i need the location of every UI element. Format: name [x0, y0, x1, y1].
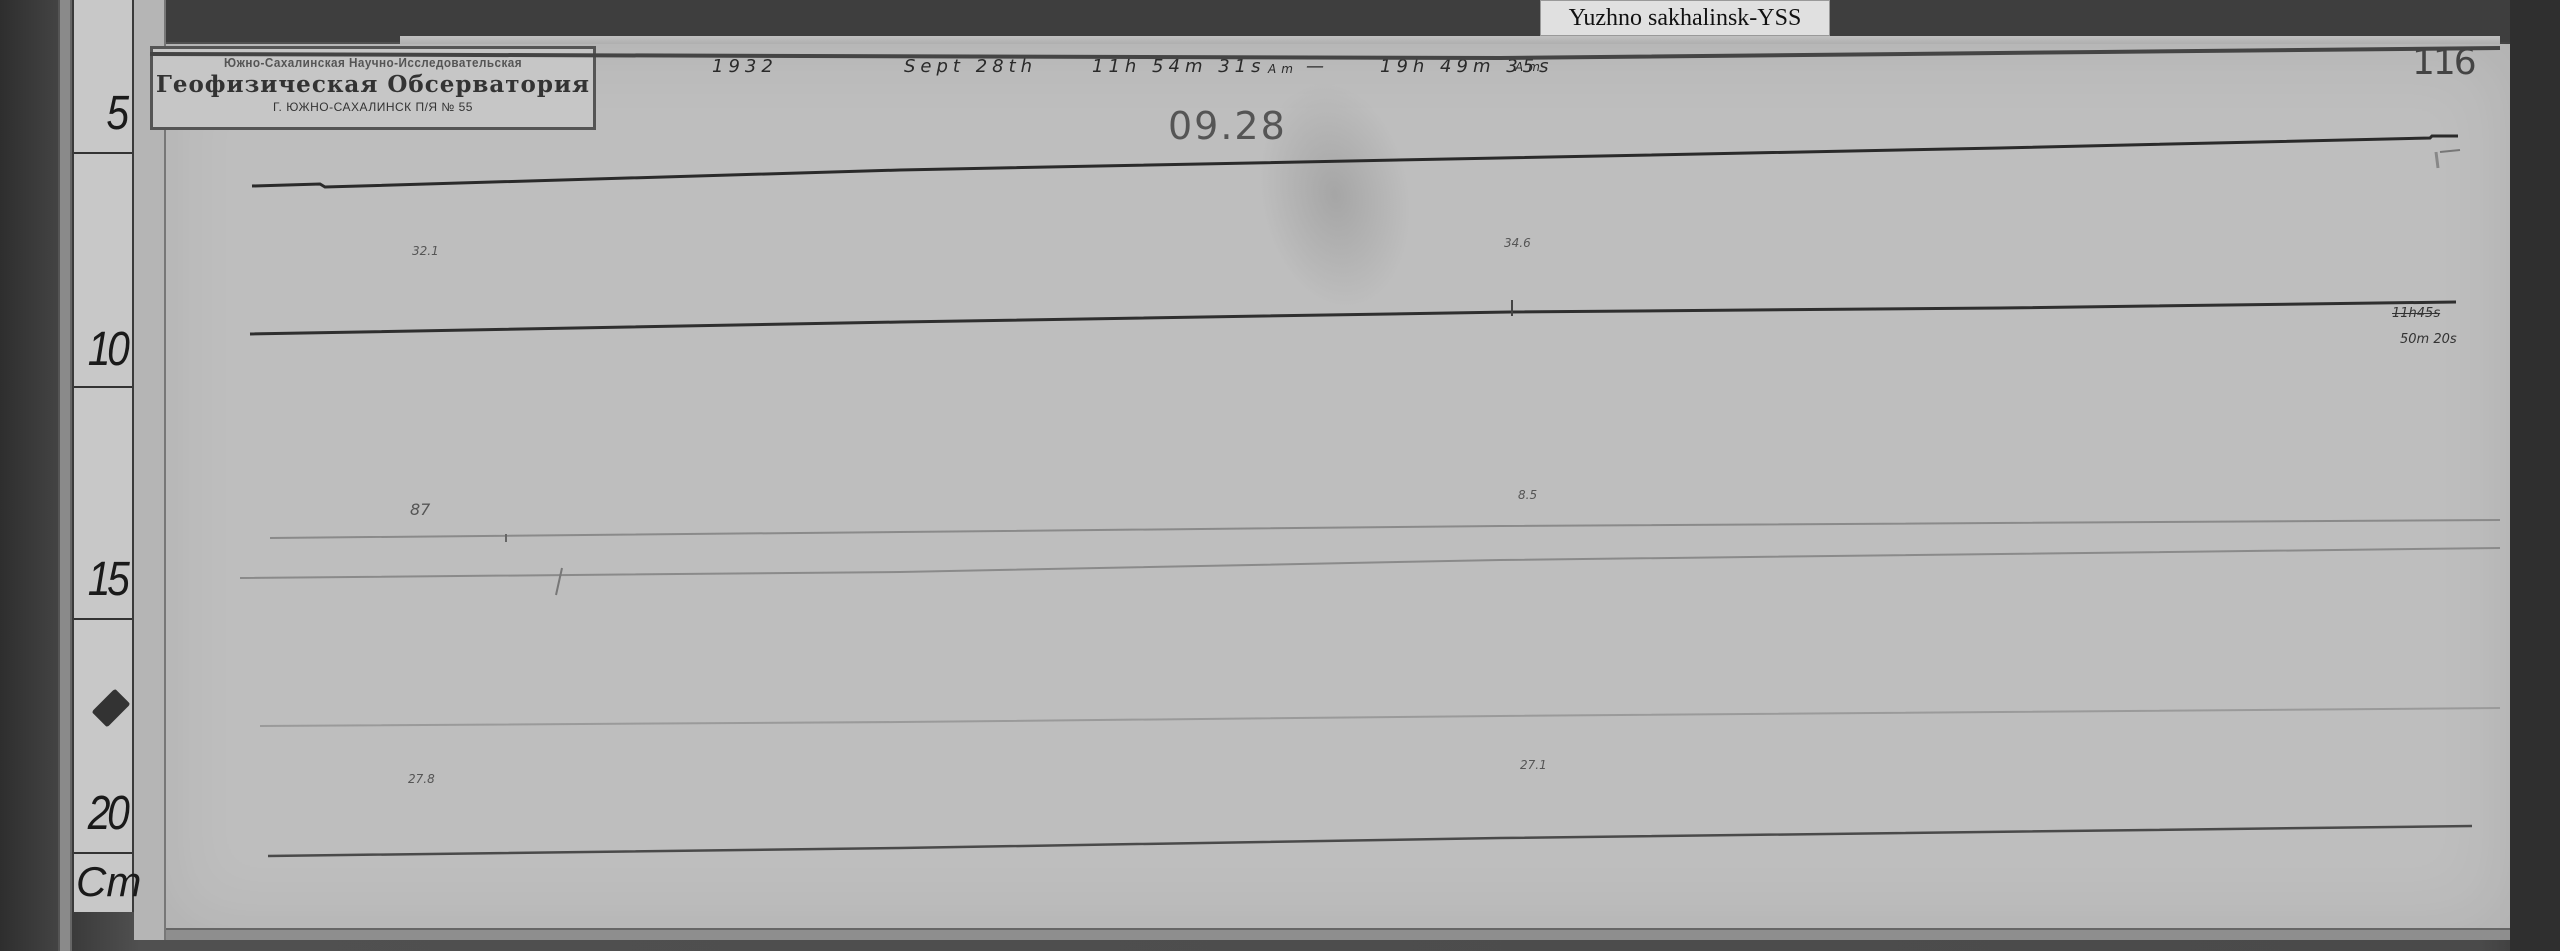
- trace-line-5: [268, 826, 2472, 856]
- trace-line-4: [260, 708, 2500, 726]
- paper-top-edge: [150, 48, 2500, 58]
- time-mark: [2440, 150, 2460, 152]
- trace-line-1: [252, 136, 2458, 187]
- time-mark: [2436, 152, 2438, 168]
- trace-line-3a: [270, 520, 2500, 538]
- trace-line-2: [250, 302, 2456, 334]
- time-mark: [556, 568, 562, 595]
- trace-line-3b: [240, 548, 2500, 578]
- seismogram-traces: [0, 0, 2560, 951]
